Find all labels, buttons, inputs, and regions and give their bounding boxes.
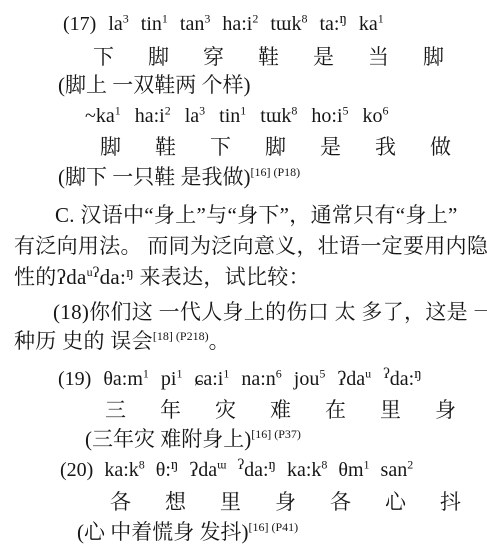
word: 各 [330,489,351,515]
word: ka:k8 [104,458,144,483]
superscript: 6 [383,103,389,117]
word: 做 [430,134,451,160]
text-part: ko [363,105,383,127]
ex18-line2: 种历 史的 误会[18] (P218)。 [14,328,230,354]
word: 是 [320,134,341,160]
ex17b-translation-line: (脚下 一只鞋 是我做)[16] (P18) [58,164,300,190]
paragraph-c-line2: 有泛向用法。 而同为泛向意义，壮语一定要用内隐 [14,233,487,259]
text-part: 抖 [440,490,461,514]
word: ha:i2 [135,104,171,129]
text-part: 里 [380,398,401,422]
text-part: 各 [330,490,351,514]
word: 当 [368,44,389,70]
superscript: u [365,366,371,380]
superscript: 3 [123,11,129,25]
superscript: 8 [301,11,307,25]
text-part: tɯk [270,13,301,35]
text-part: θm [338,459,363,481]
word: 各 [110,489,131,515]
text-part: 身 [275,490,296,514]
text-part: (17) [63,13,96,35]
word: 年 [160,397,181,423]
text-part: la [108,13,122,35]
word: 三 [105,397,126,423]
word: 下 [210,134,231,160]
word: (心 中着慌身 发抖)[16] (P41) [77,519,298,545]
superscript: 1 [162,11,168,25]
superscript: 1 [223,366,229,380]
text-part: (脚下 一只鞋 是我做) [58,165,251,189]
word: (17) [63,12,96,37]
text-part: (心 中着慌身 发抖) [77,520,249,544]
text-part: ta: [319,13,339,35]
word: ka1 [359,12,384,37]
text-part: 各 [110,490,131,514]
word: ~ka1 [85,104,121,129]
word: 脚 [423,44,444,70]
superscript: 5 [343,103,349,117]
word: ɕa:i1 [194,367,229,392]
text-part: da: [244,459,268,481]
scanned-paper-page: (17)la3tin1tan3ha:i2tɯk8ta:ŋka1 下脚穿鞋是当脚 … [0,0,487,559]
word: θm1 [338,458,369,483]
word: 脚 [148,44,169,70]
text-part: ɕa:i [194,368,223,390]
raised-glyph: ŋ [414,366,421,382]
superscript: 3 [199,103,205,117]
word: (脚上 一双鞋两 个样) [58,72,251,98]
text-part: 种历 史的 误会 [14,329,153,353]
ex17b-gloss-line: 脚鞋下脚是我做 [100,134,451,160]
text-part: 下 [210,135,231,159]
superscript: [16] (P37) [251,427,301,441]
superscript: 1 [240,103,246,117]
raised-glyph: ʔ [383,366,390,382]
superscript: 6 [276,366,282,380]
text-part: 脚 [148,45,169,69]
raised-glyph: ŋ [126,265,134,281]
text-part: 里 [220,490,241,514]
word: ho:i5 [311,104,348,129]
text-part: 做 [430,135,451,159]
text-part: da: [390,368,414,390]
word: san2 [381,458,414,483]
text-part: θ: [156,459,171,481]
ex19-translation-line: (三年灾 难附身上)[16] (P37) [85,426,301,452]
text-part: 难 [270,398,291,422]
text-part: 脚 [423,45,444,69]
text-part: ʔda [337,368,365,390]
word: ʔda:ŋ [237,458,276,483]
text-part: pi [161,368,177,390]
text-part: ka [359,13,378,35]
superscript: ɯ [217,457,226,471]
superscript: 2 [407,457,413,471]
text-part: 鞋 [155,135,176,159]
word: ta:ŋ [319,12,346,37]
word: 心 [385,489,406,515]
superscript: 2 [252,11,258,25]
raised-glyph: ŋ [269,457,276,473]
word: (三年灾 难附身上)[16] (P37) [85,426,301,452]
text-part: ~ka [85,105,115,127]
superscript: 1 [115,103,121,117]
raised-glyph: ʔ [93,265,100,281]
text-part: na:n [241,368,275,390]
ex18-line1: (18)你们这 一代人身上的伤口 太 多了，这是 一 [53,299,487,325]
ex20-gloss-line: 各想里身各心抖 [110,489,461,515]
word: la3 [108,12,128,37]
ex20-translation-line: (心 中着慌身 发抖)[16] (P41) [77,519,298,545]
text-part: 。 [209,329,230,353]
text-part: tin [141,13,162,35]
word: 抖 [440,489,461,515]
superscript: [16] (P41) [249,520,299,534]
superscript: 3 [204,11,210,25]
word: ʔdaɯ [189,458,226,483]
superscript: [18] (P218) [153,329,209,343]
text-part: 在 [325,398,346,422]
word: (19) [58,367,91,392]
word: 下 [93,44,114,70]
text-part: ho:i [311,105,342,127]
paragraph-c-line1: C. 汉语中“身上”与“身下”，通常只有“身上” [55,202,458,228]
text-part: ka:k [104,459,138,481]
word: ka:k8 [287,458,327,483]
word: ʔdau [337,367,371,392]
word: 种历 史的 误会[18] (P218)。 [14,328,230,354]
text-part: 灾 [215,398,236,422]
word: 脚 [265,134,286,160]
raised-glyph: ŋ [339,11,346,27]
text-part: ʔda [189,459,217,481]
ex17-phonetic-line: (17)la3tin1tan3ha:i2tɯk8ta:ŋka1 [63,12,384,37]
text-part: 脚 [265,135,286,159]
text-part: san [381,459,408,481]
text-part: ka:k [287,459,321,481]
word: 是 [313,44,334,70]
text-part: ha:i [135,105,165,127]
word: (20) [60,458,93,483]
word: tin1 [141,12,168,37]
text-part: 我 [375,135,396,159]
word: 鞋 [155,134,176,160]
ex17-gloss-line: 下脚穿鞋是当脚 [93,44,444,70]
word: θ:ŋ [156,458,179,483]
word: pi1 [161,367,183,392]
word: 里 [380,397,401,423]
word: tin1 [219,104,246,129]
word: 身 [435,397,456,423]
ex20-phonetic-line: (20)ka:k8θ:ŋʔdaɯʔda:ŋka:k8θm1san2 [60,458,413,483]
ex17-translation-line: (脚上 一双鞋两 个样) [58,72,251,98]
text-part: tan [180,13,204,35]
word: 在 [325,397,346,423]
ex19-phonetic-line: (19)θa:m1pi1ɕa:i1na:n6jou5ʔdauʔda:ŋ [58,367,422,392]
text-part: 是 [313,45,334,69]
text-part: 来表达，试比较： [134,265,310,289]
text-part: 年 [160,398,181,422]
superscript: 1 [176,366,182,380]
word: tɯk8 [270,12,307,37]
text-part: 下 [93,45,114,69]
text-part: tɯk [260,105,291,127]
word: 身 [275,489,296,515]
superscript: 8 [139,457,145,471]
word: ko6 [363,104,389,129]
word: la3 [185,104,205,129]
text-part: ha:i [222,13,252,35]
word: ʔda:ŋ [383,367,422,392]
text-part: la [185,105,199,127]
ex19-gloss-line: 三年灾难在里身 [105,397,456,423]
superscript: 1 [143,366,149,380]
text-part: (三年灾 难附身上) [85,427,251,451]
text-part: 心 [385,490,406,514]
word: 灾 [215,397,236,423]
text-part: θa:m [103,368,143,390]
word: 想 [165,489,186,515]
text-part: 穿 [203,45,224,69]
text-part: 鞋 [258,45,279,69]
superscript: 8 [291,103,297,117]
word: 脚 [100,134,121,160]
word: θa:m1 [103,367,149,392]
superscript: 8 [321,457,327,471]
word: 难 [270,397,291,423]
ex17b-phonetic-line: ~ka1ha:i2la3tin1tɯk8ho:i5ko6 [85,104,389,129]
text-part: ʔda [57,265,87,289]
text-part: 脚 [100,135,121,159]
superscript: [16] (P18) [251,165,301,179]
word: tɯk8 [260,104,297,129]
superscript: 5 [319,366,325,380]
text-part: (脚上 一双鞋两 个样) [58,73,251,97]
word: ha:i2 [222,12,258,37]
text-part: (20) [60,459,93,481]
text-part: tin [219,105,240,127]
superscript: 1 [364,457,370,471]
text-part: (19) [58,368,91,390]
word: tan3 [180,12,210,37]
word: 我 [375,134,396,160]
text-part: jou [294,368,320,390]
word: 里 [220,489,241,515]
text-part: 性的 [14,265,57,289]
word: jou5 [294,367,326,392]
text-part: 想 [165,490,186,514]
text-part: da: [100,265,127,289]
raised-glyph: ŋ [171,457,178,473]
word: 穿 [203,44,224,70]
text-part: 身 [435,398,456,422]
superscript: 1 [378,11,384,25]
word: na:n6 [241,367,281,392]
text-part: 是 [320,135,341,159]
paragraph-c-line3: 性的ʔdauʔda:ŋ 来表达，试比较： [14,264,310,290]
word: (脚下 一只鞋 是我做)[16] (P18) [58,164,300,190]
superscript: 2 [165,103,171,117]
text-part: 三 [105,398,126,422]
text-part: 当 [368,45,389,69]
word: 性的ʔdauʔda:ŋ 来表达，试比较： [14,264,310,290]
word: 鞋 [258,44,279,70]
